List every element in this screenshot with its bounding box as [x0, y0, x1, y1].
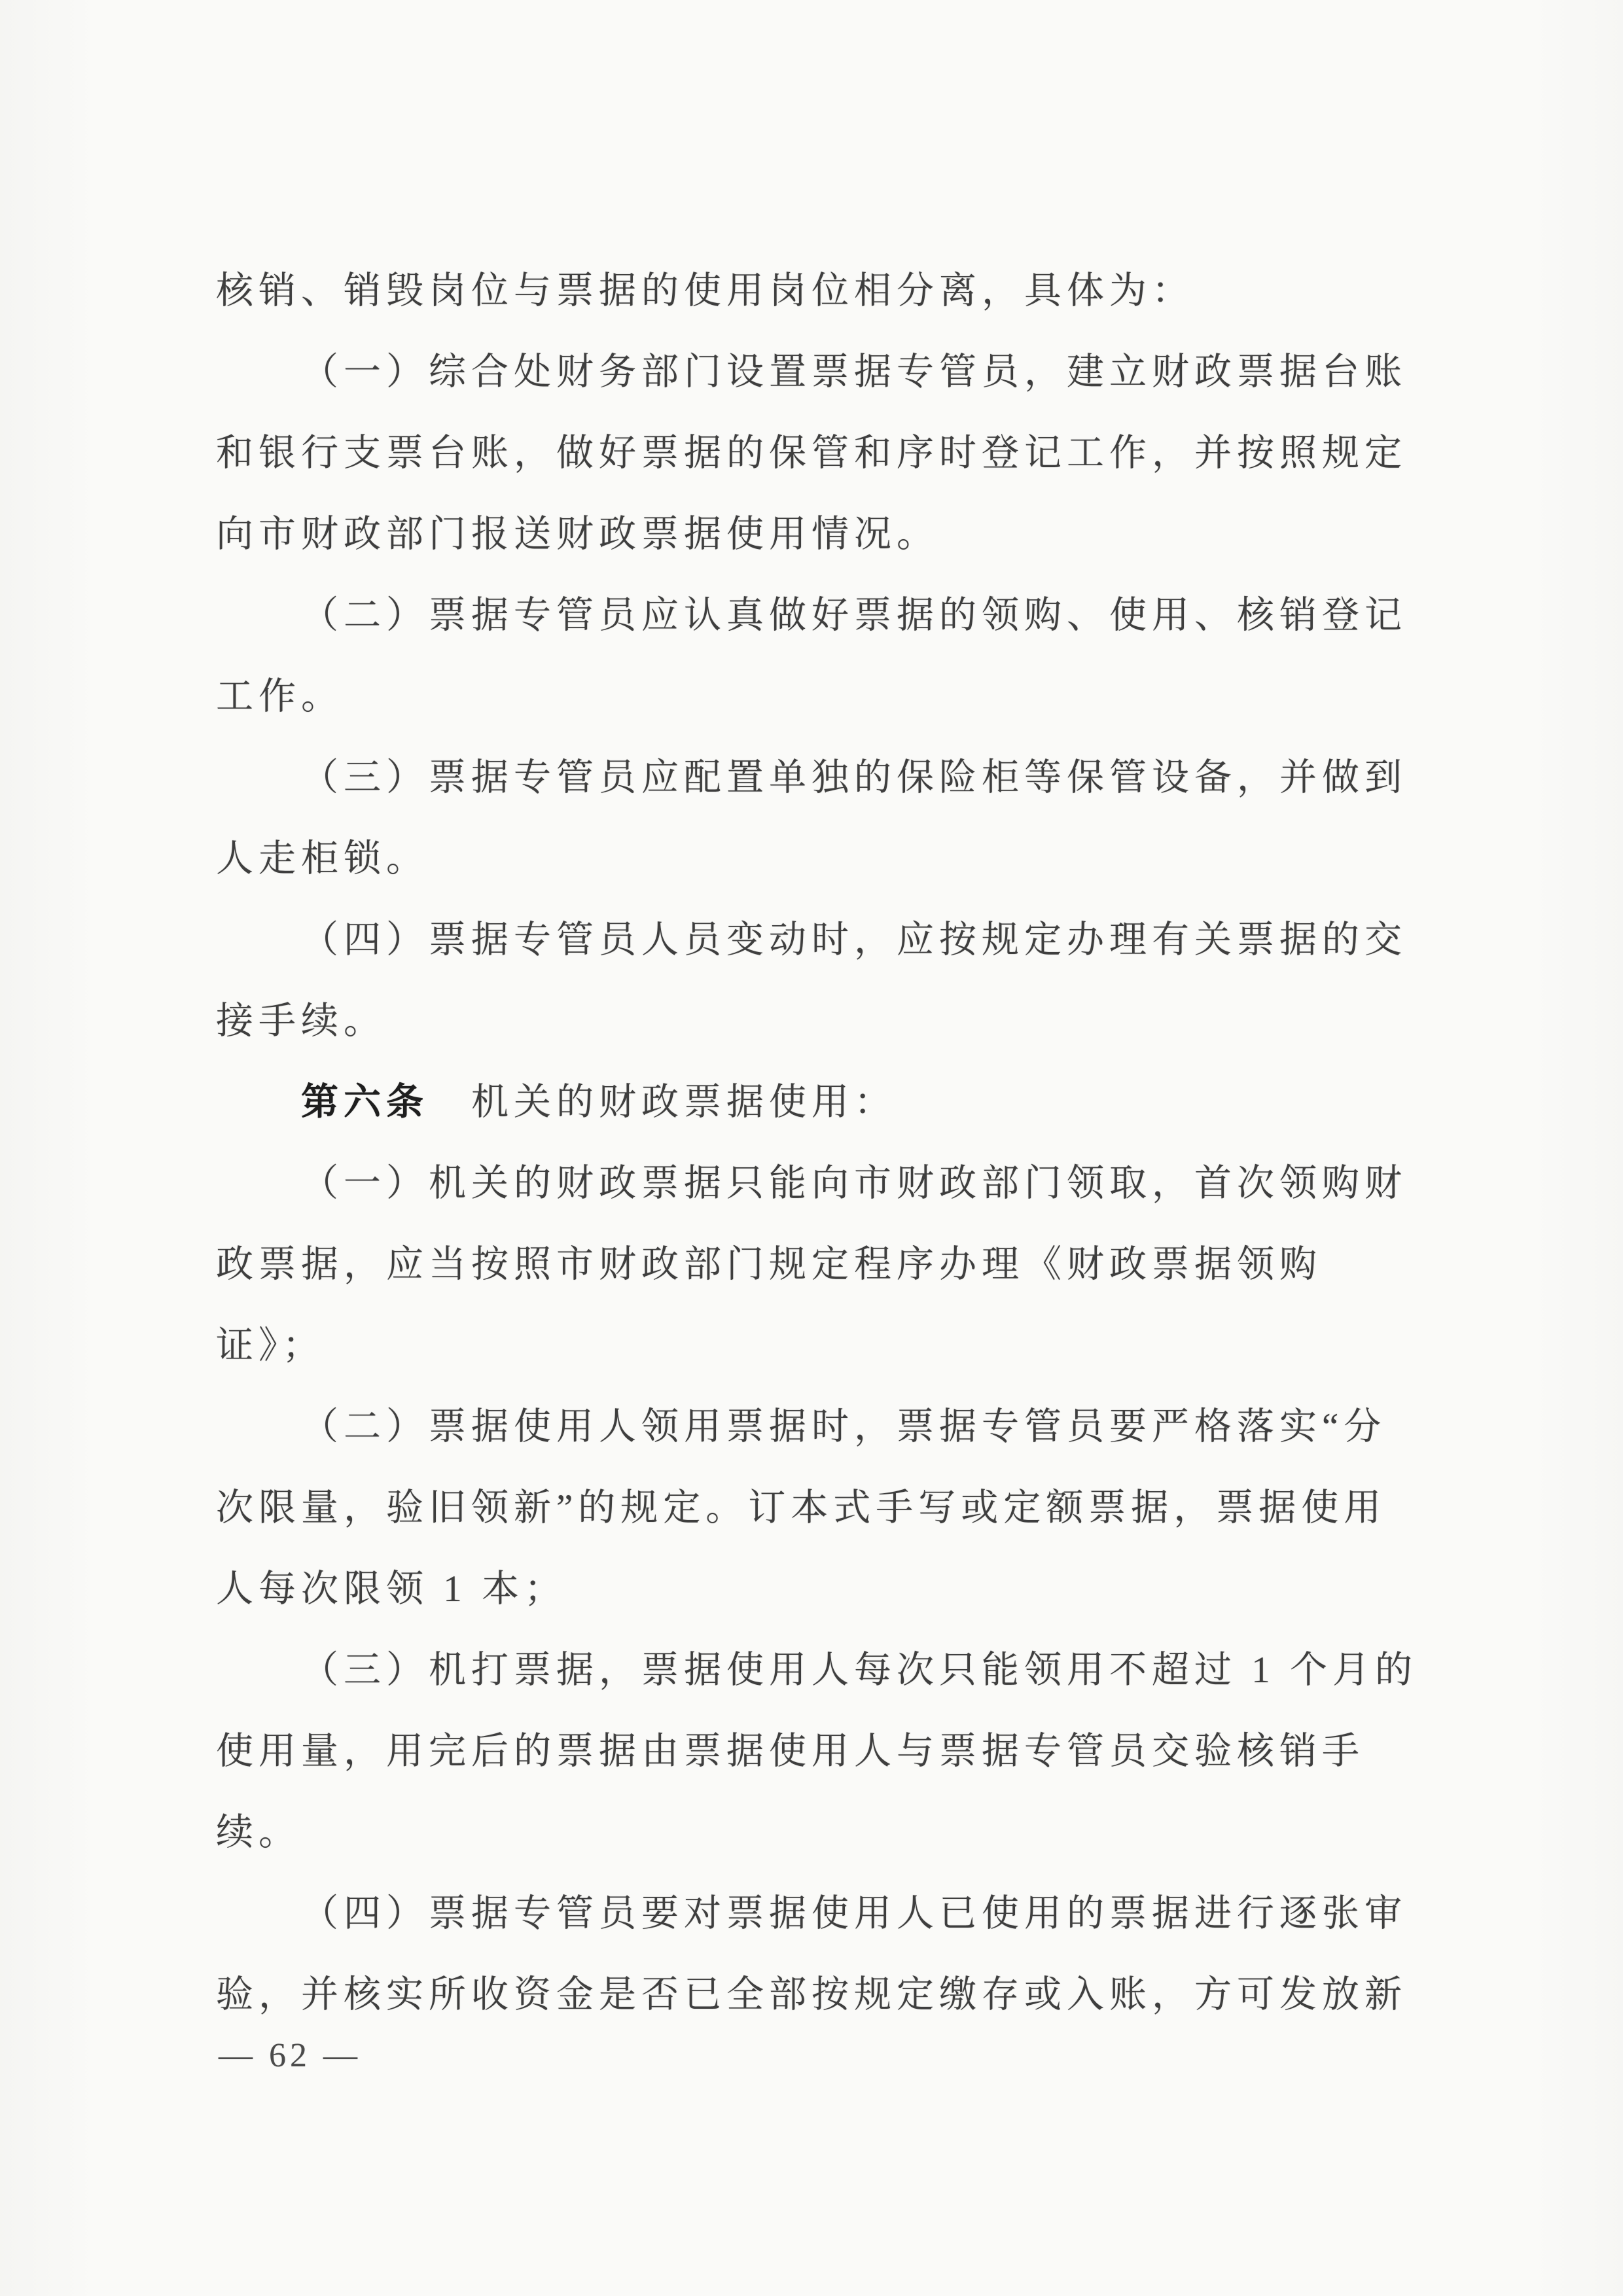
text-line: 接手续。	[216, 981, 1420, 1062]
text-line: 第六条 机关的财政票据使用：	[216, 1062, 1420, 1143]
text-line: （一）综合处财务部门设置票据专管员，建立财政票据台账	[216, 332, 1420, 413]
text-line: 核销、销毁岗位与票据的使用岗位相分离，具体为：	[216, 251, 1420, 332]
text-line: （二）票据使用人领用票据时，票据专管员要严格落实“分	[216, 1386, 1420, 1468]
text-line: 续。	[216, 1792, 1420, 1873]
text-line: （三）机打票据，票据使用人每次只能领用不超过 1 个月的	[216, 1630, 1420, 1711]
text-line: （二）票据专管员应认真做好票据的领购、使用、核销登记	[216, 575, 1420, 656]
text-line: 工作。	[216, 656, 1420, 737]
text-line: 使用量，用完后的票据由票据使用人与票据专管员交验核销手	[216, 1711, 1420, 1792]
text-line: 证》；	[216, 1305, 1420, 1386]
text-line: 次限量，验旧领新”的规定。订本式手写或定额票据，票据使用	[216, 1468, 1420, 1549]
page-footer: — 62 —	[219, 2036, 361, 2075]
text-line: （四）票据专管员人员变动时，应按规定办理有关票据的交	[216, 900, 1420, 981]
page-number: — 62 —	[219, 2037, 361, 2074]
text-line: 人每次限领 1 本；	[216, 1549, 1420, 1630]
text-line: 和银行支票台账，做好票据的保管和序时登记工作，并按照规定	[216, 413, 1420, 494]
article-number: 第六条	[301, 1082, 429, 1123]
text-line: 人走柜锁。	[216, 819, 1420, 900]
text-line: 验，并核实所收资金是否已全部按规定缴存或入账，方可发放新	[216, 1954, 1420, 2036]
body-text: 核销、销毁岗位与票据的使用岗位相分离，具体为：（一）综合处财务部门设置票据专管员…	[216, 251, 1420, 2036]
text-line: （三）票据专管员应配置单独的保险柜等保管设备，并做到	[216, 737, 1420, 819]
text-line: （一）机关的财政票据只能向市财政部门领取，首次领购财	[216, 1143, 1420, 1224]
text-line: （四）票据专管员要对票据使用人已使用的票据进行逐张审	[216, 1873, 1420, 1954]
text-line: 向市财政部门报送财政票据使用情况。	[216, 494, 1420, 575]
text-line: 政票据，应当按照市财政部门规定程序办理《财政票据领购	[216, 1224, 1420, 1305]
document-page: 核销、销毁岗位与票据的使用岗位相分离，具体为：（一）综合处财务部门设置票据专管员…	[0, 0, 1623, 2296]
